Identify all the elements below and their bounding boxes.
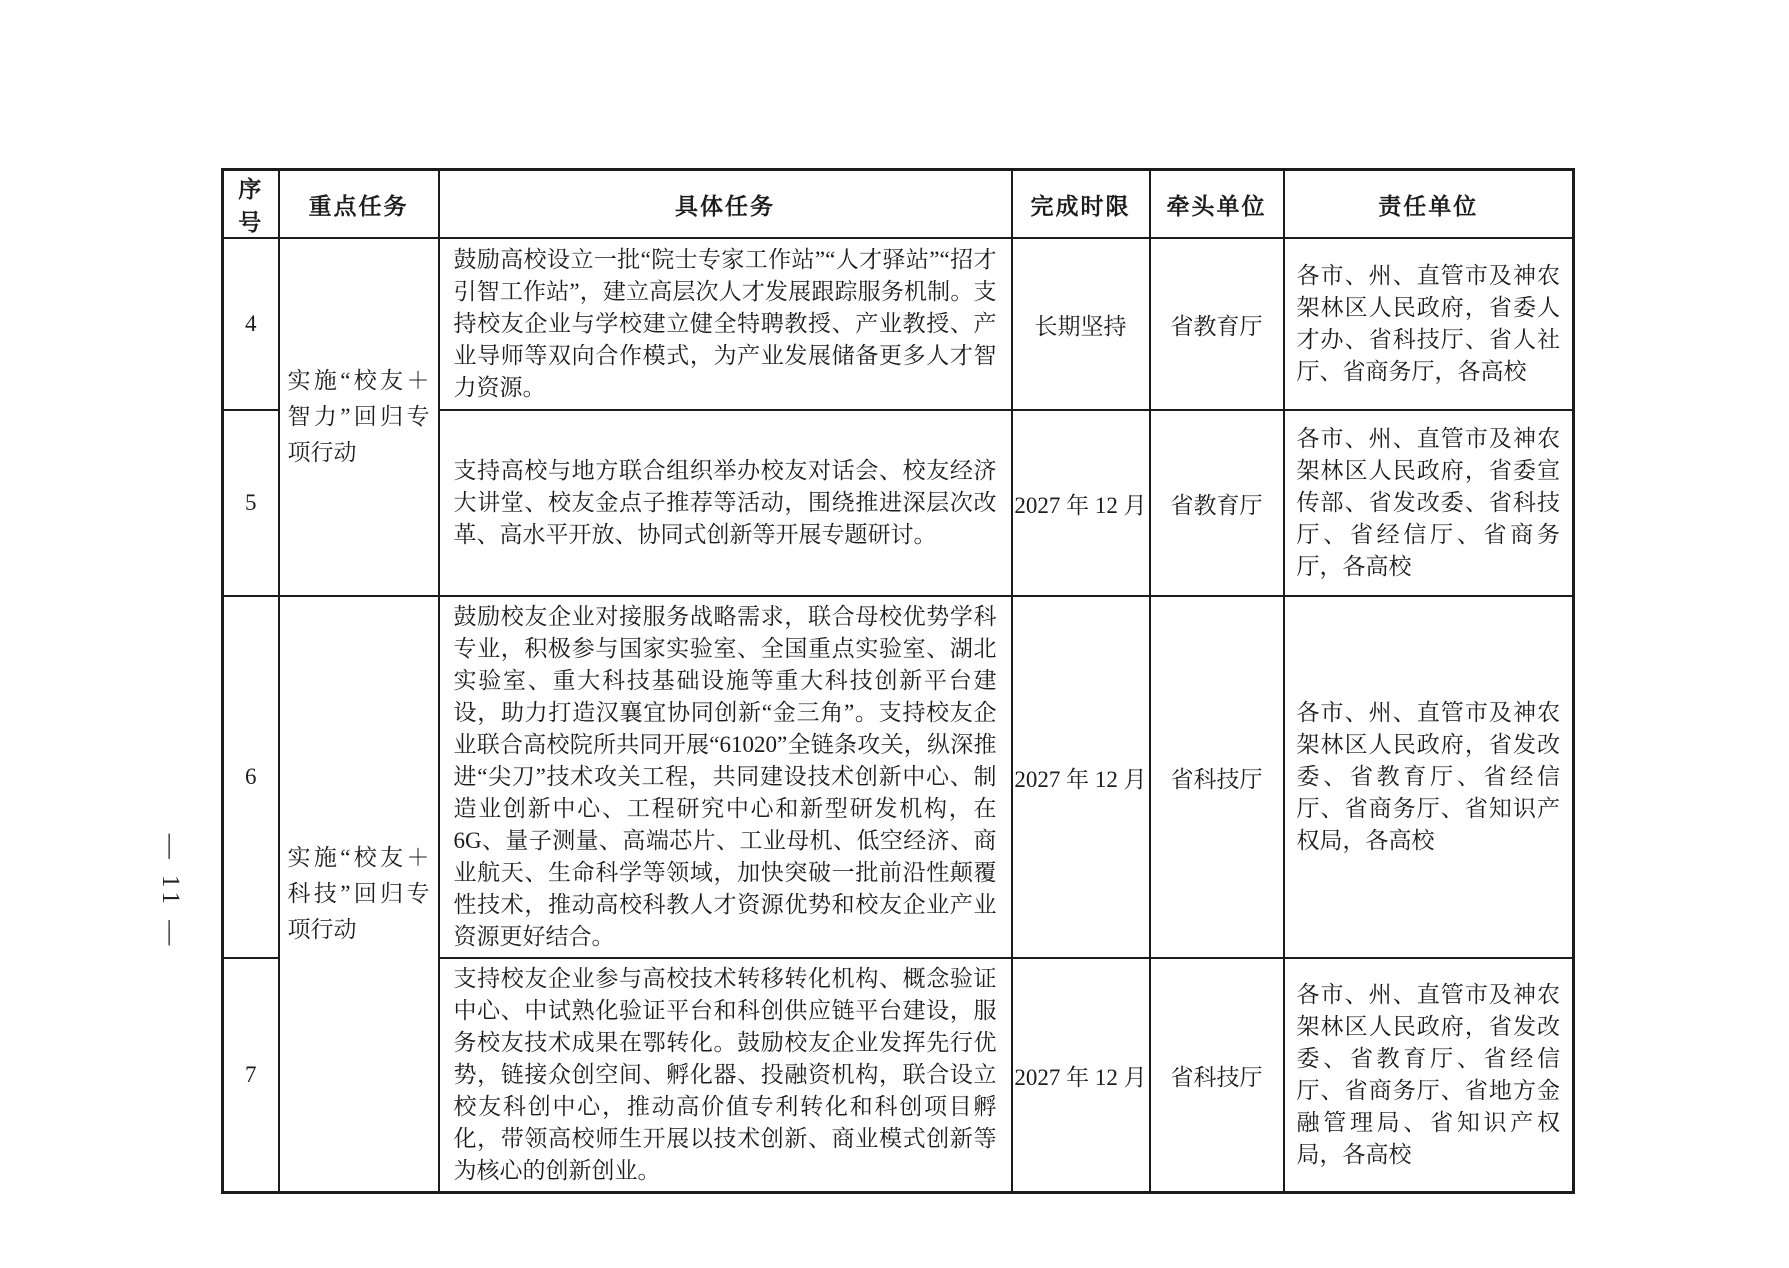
header-seq: 序号 xyxy=(223,170,279,239)
cell-deadline: 长期坚持 xyxy=(1012,238,1150,410)
cell-seq: 5 xyxy=(223,410,279,596)
cell-responsible-unit: 各市、州、直管市及神农架林区人民政府，省委人才办、省科技厅、省人社厅、省商务厅，… xyxy=(1284,238,1574,410)
header-responsible-unit: 责任单位 xyxy=(1284,170,1574,239)
table-row: 6 实施“校友＋科技”回归专项行动 鼓励校友企业对接服务战略需求，联合母校优势学… xyxy=(223,596,1574,958)
table-header-row: 序号 重点任务 具体任务 完成时限 牵头单位 责任单位 xyxy=(223,170,1574,239)
header-key-task: 重点任务 xyxy=(279,170,439,239)
cell-lead-unit: 省科技厅 xyxy=(1150,958,1284,1193)
cell-lead-unit: 省教育厅 xyxy=(1150,410,1284,596)
cell-seq: 4 xyxy=(223,238,279,410)
cell-task: 支持校友企业参与高校技术转移转化机构、概念验证中心、中试熟化验证平台和科创供应链… xyxy=(439,958,1012,1193)
cell-seq: 6 xyxy=(223,596,279,958)
header-task: 具体任务 xyxy=(439,170,1012,239)
header-lead-unit: 牵头单位 xyxy=(1150,170,1284,239)
cell-key-task: 实施“校友＋科技”回归专项行动 xyxy=(279,596,439,1193)
cell-key-task: 实施“校友＋智力”回归专项行动 xyxy=(279,238,439,596)
page-number: — 11 — xyxy=(156,822,184,962)
cell-deadline: 2027 年 12 月 xyxy=(1012,410,1150,596)
cell-task: 鼓励高校设立一批“院士专家工作站”“人才驿站”“招才引智工作站”，建立高层次人才… xyxy=(439,238,1012,410)
cell-task: 支持高校与地方联合组织举办校友对话会、校友经济大讲堂、校友金点子推荐等活动，围绕… xyxy=(439,410,1012,596)
table-row: 4 实施“校友＋智力”回归专项行动 鼓励高校设立一批“院士专家工作站”“人才驿站… xyxy=(223,238,1574,410)
cell-responsible-unit: 各市、州、直管市及神农架林区人民政府，省委宣传部、省发改委、省科技厅、省经信厅、… xyxy=(1284,410,1574,596)
cell-responsible-unit: 各市、州、直管市及神农架林区人民政府，省发改委、省教育厅、省经信厅、省商务厅、省… xyxy=(1284,958,1574,1193)
cell-deadline: 2027 年 12 月 xyxy=(1012,958,1150,1193)
cell-responsible-unit: 各市、州、直管市及神农架林区人民政府，省发改委、省教育厅、省经信厅、省商务厅、省… xyxy=(1284,596,1574,958)
cell-seq: 7 xyxy=(223,958,279,1193)
document-page: — 11 — 序号 重点任务 具体任务 完成时限 牵头单位 责任单位 4 实施“… xyxy=(0,0,1789,1268)
cell-deadline: 2027 年 12 月 xyxy=(1012,596,1150,958)
cell-task: 鼓励校友企业对接服务战略需求，联合母校优势学科专业，积极参与国家实验室、全国重点… xyxy=(439,596,1012,958)
header-deadline: 完成时限 xyxy=(1012,170,1150,239)
task-table: 序号 重点任务 具体任务 完成时限 牵头单位 责任单位 4 实施“校友＋智力”回… xyxy=(221,168,1575,1194)
cell-lead-unit: 省教育厅 xyxy=(1150,238,1284,410)
cell-lead-unit: 省科技厅 xyxy=(1150,596,1284,958)
